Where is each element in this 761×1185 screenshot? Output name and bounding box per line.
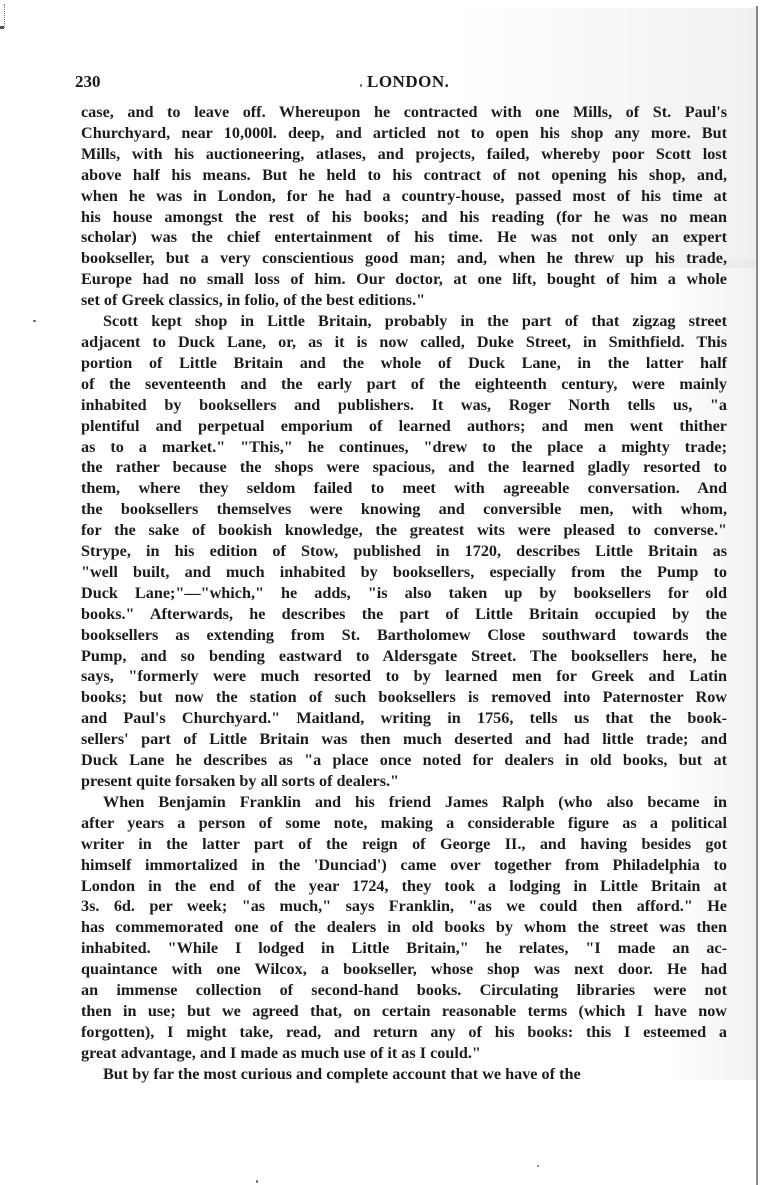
text-line: as to a market." "This," he continues, "… bbox=[81, 437, 727, 458]
text-line: plentiful and perpetual emporium of lear… bbox=[81, 416, 727, 437]
text-line: scholar) was the chief entertainment of … bbox=[81, 227, 727, 248]
paragraph: But by far the most curious and complete… bbox=[81, 1064, 727, 1085]
text-line: portion of Little Britain and the whole … bbox=[81, 353, 727, 374]
text-line: Europe had no small loss of him. Our doc… bbox=[81, 269, 727, 290]
text-line: Pump, and so bending eastward to Aldersg… bbox=[81, 646, 727, 667]
text-line: above half his means. But he held to his… bbox=[81, 165, 727, 186]
page-header: 230 LONDON. bbox=[52, 72, 732, 96]
speck bbox=[537, 1165, 539, 1167]
text-line: quaintance with one Wilcox, a bookseller… bbox=[81, 959, 727, 980]
running-head: LONDON. bbox=[367, 72, 449, 92]
text-line: the rather because the shops were spacio… bbox=[81, 457, 727, 478]
text-line: says, "formerly were much resorted to by… bbox=[81, 666, 727, 687]
text-line: for the sake of bookish knowledge, the g… bbox=[81, 520, 727, 541]
text-line: them, where they seldom failed to meet w… bbox=[81, 478, 727, 499]
text-line: When Benjamin Franklin and his friend Ja… bbox=[81, 792, 727, 813]
text-line: an immense collection of second-hand boo… bbox=[81, 980, 727, 1001]
text-line: forgotten), I might take, read, and retu… bbox=[81, 1022, 727, 1043]
text-line: set of Greek classics, in folio, of the … bbox=[81, 290, 727, 311]
page-number: 230 bbox=[75, 72, 101, 92]
text-line: the booksellers themselves were knowing … bbox=[81, 499, 727, 520]
text-line: But by far the most curious and complete… bbox=[81, 1064, 727, 1085]
text-line: 3s. 6d. per week; "as much," says Frankl… bbox=[81, 896, 727, 917]
paragraph: When Benjamin Franklin and his friend Ja… bbox=[81, 792, 727, 1064]
scan-margin-mark bbox=[4, 4, 7, 28]
text-line: inhabited. "While I lodged in Little Bri… bbox=[81, 938, 727, 959]
text-line: adjacent to Duck Lane, or, as it is now … bbox=[81, 332, 727, 353]
text-line: bookseller, but a very conscientious goo… bbox=[81, 248, 727, 269]
text-line: books." Afterwards, he describes the par… bbox=[81, 604, 727, 625]
text-line: and Paul's Churchyard." Maitland, writin… bbox=[81, 708, 727, 729]
text-line: Scott kept shop in Little Britain, proba… bbox=[81, 311, 727, 332]
text-line: booksellers as extending from St. Bartho… bbox=[81, 625, 727, 646]
text-line: when he was in London, for he had a coun… bbox=[81, 186, 727, 207]
paragraph: Scott kept shop in Little Britain, proba… bbox=[81, 311, 727, 792]
text-line: sellers' part of Little Britain was then… bbox=[81, 729, 727, 750]
text-line: "well built, and much inhabited by books… bbox=[81, 562, 727, 583]
scanned-book-page: 230 LONDON. case, and to leave off. Wher… bbox=[0, 0, 761, 1185]
speck bbox=[256, 1180, 258, 1183]
text-line: has commemorated one of the dealers in o… bbox=[81, 917, 727, 938]
paragraph: case, and to leave off. Whereupon he con… bbox=[81, 102, 727, 311]
text-line: after years a person of some note, makin… bbox=[81, 813, 727, 834]
text-line: Churchyard, near 10,000l. deep, and arti… bbox=[81, 123, 727, 144]
text-line: Duck Lane;"—"which," he adds, "is also t… bbox=[81, 583, 727, 604]
text-line: writer in the latter part of the reign o… bbox=[81, 834, 727, 855]
text-line: Mills, with his auctioneering, atlases, … bbox=[81, 144, 727, 165]
text-line: great advantage, and I made as much use … bbox=[81, 1043, 727, 1064]
text-line: books; but now the station of such books… bbox=[81, 687, 727, 708]
text-line: his house amongst the rest of his books;… bbox=[81, 207, 727, 228]
scan-margin-dot bbox=[0, 26, 4, 29]
text-line: Duck Lane he describes as "a place once … bbox=[81, 750, 727, 771]
text-line: Strype, in his edition of Stow, publishe… bbox=[81, 541, 727, 562]
speck bbox=[33, 320, 36, 322]
body-text: case, and to leave off. Whereupon he con… bbox=[81, 102, 727, 1085]
text-line: then in use; but we agreed that, on cert… bbox=[81, 1001, 727, 1022]
text-line: of the seventeenth and the early part of… bbox=[81, 374, 727, 395]
text-line: himself immortalized in the 'Dunciad') c… bbox=[81, 855, 727, 876]
text-line: London in the end of the year 1724, they… bbox=[81, 876, 727, 897]
page-edge-line bbox=[756, 6, 758, 1185]
text-line: inhabited by booksellers and publishers.… bbox=[81, 395, 727, 416]
text-line: present quite forsaken by all sorts of d… bbox=[81, 771, 727, 792]
speck bbox=[360, 84, 362, 87]
text-line: case, and to leave off. Whereupon he con… bbox=[81, 102, 727, 123]
